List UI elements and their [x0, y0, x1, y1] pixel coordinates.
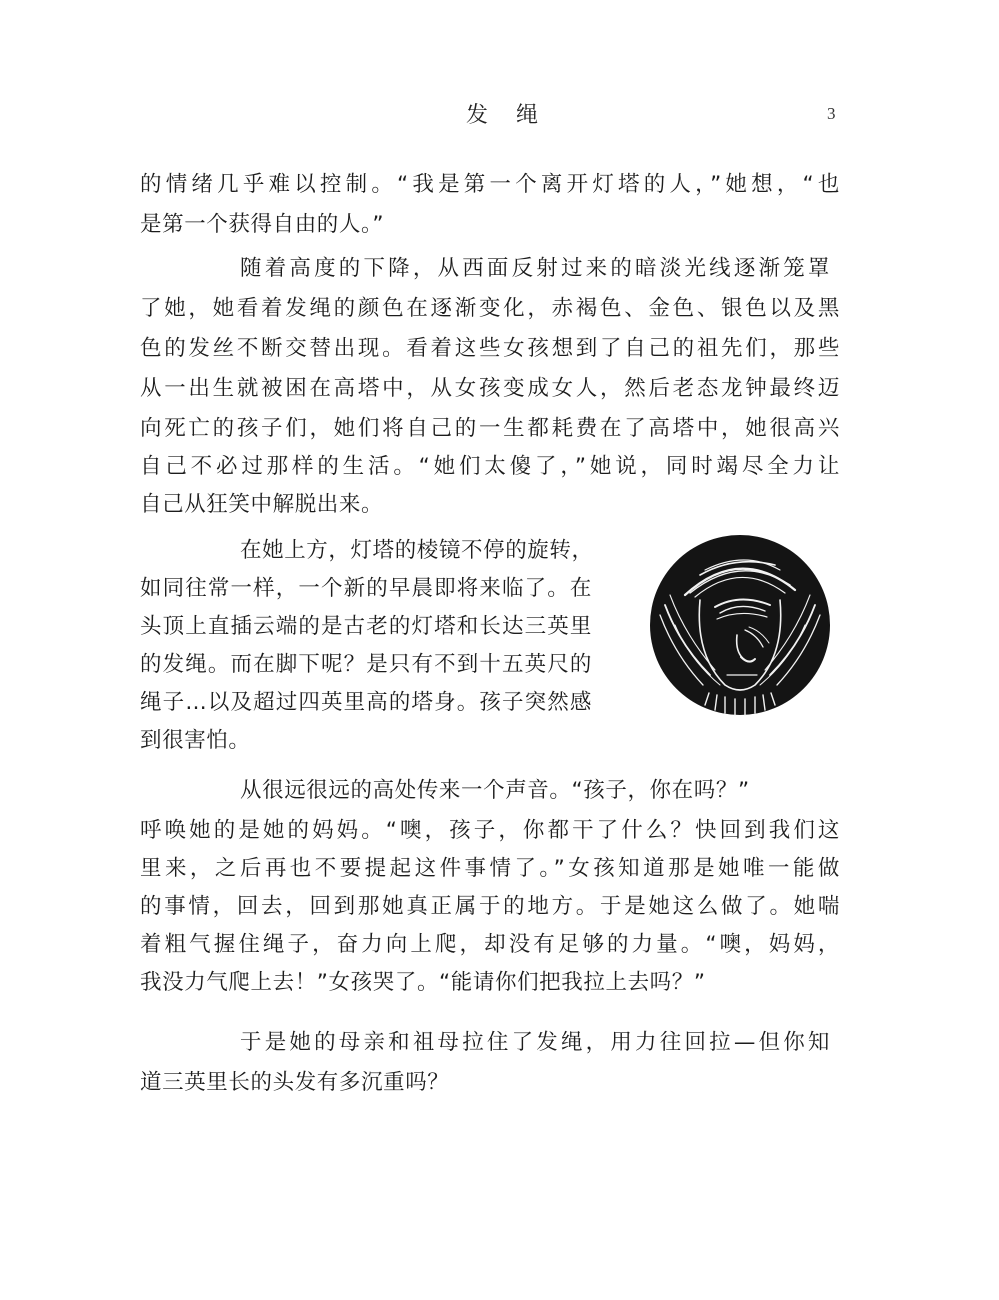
- text-line: 头顶上直插云端的是古老的灯塔和长达三英里: [140, 612, 592, 642]
- text-line: 我没力气爬上去！”女孩哭了。“能请你们把我拉上去吗？”: [140, 968, 706, 998]
- text-line: 是第一个获得自由的人。”: [140, 210, 384, 240]
- text-line: 自己不必过那样的生活。“她们太傻了，”她说，同时竭尽全力让: [140, 452, 840, 482]
- text-line: 自己从狂笑中解脱出来。: [140, 490, 383, 520]
- text-line: 从一出生就被困在高塔中，从女孩变成女人，然后老态龙钟最终迈: [140, 374, 840, 404]
- text-line: 绳子…以及超过四英里高的塔身。孩子突然感: [140, 688, 592, 718]
- text-line: 在她上方，灯塔的棱镜不停的旋转，: [240, 536, 592, 566]
- text-line: 如同往常一样，一个新的早晨即将来临了。在: [140, 574, 592, 604]
- text-line: 道三英里长的头发有多沉重吗？: [140, 1068, 449, 1098]
- text-line: 随着高度的下降，从西面反射过来的暗淡光线逐渐笼罩: [240, 254, 830, 284]
- text-line: 着粗气握住绳子，奋力向上爬，却没有足够的力量。“噢，妈妈，: [140, 930, 840, 960]
- text-line: 于是她的母亲和祖母拉住了发绳，用力往回拉—但你知: [240, 1028, 830, 1058]
- text-line: 的事情，回去，回到那她真正属于的地方。于是她这么做了。她喘: [140, 892, 840, 922]
- text-line: 呼唤她的是她的妈妈。“噢，孩子，你都干了什么？快回到我们这: [140, 816, 840, 846]
- page-header: 发绳 3: [0, 98, 999, 128]
- text-line: 向死亡的孩子们，她们将自己的一生都耗费在了高塔中，她很高兴: [140, 414, 840, 444]
- text-line: 里来，之后再也不要提起这件事情了。”女孩知道那是她唯一能做: [140, 854, 840, 884]
- text-line: 从很远很远的高处传来一个声音。“孩子，你在吗？”: [240, 776, 840, 806]
- running-title: 发绳: [466, 98, 566, 129]
- text-line: 了她，她看着发绳的颜色在逐渐变化，赤褐色、金色、银色以及黑: [140, 294, 840, 324]
- text-line: 色的发丝不断交替出现。看着这些女孩想到了自己的祖先们，那些: [140, 334, 840, 364]
- text-line: 的情绪几乎难以控制。“我是第一个离开灯塔的人，”她想，“也: [140, 170, 840, 200]
- woodcut-portrait-icon: [645, 535, 835, 720]
- text-line: 的发绳。而在脚下呢？是只有不到十五英尺的: [140, 650, 592, 680]
- text-line: 到很害怕。: [140, 726, 251, 756]
- page-number: 3: [827, 104, 836, 124]
